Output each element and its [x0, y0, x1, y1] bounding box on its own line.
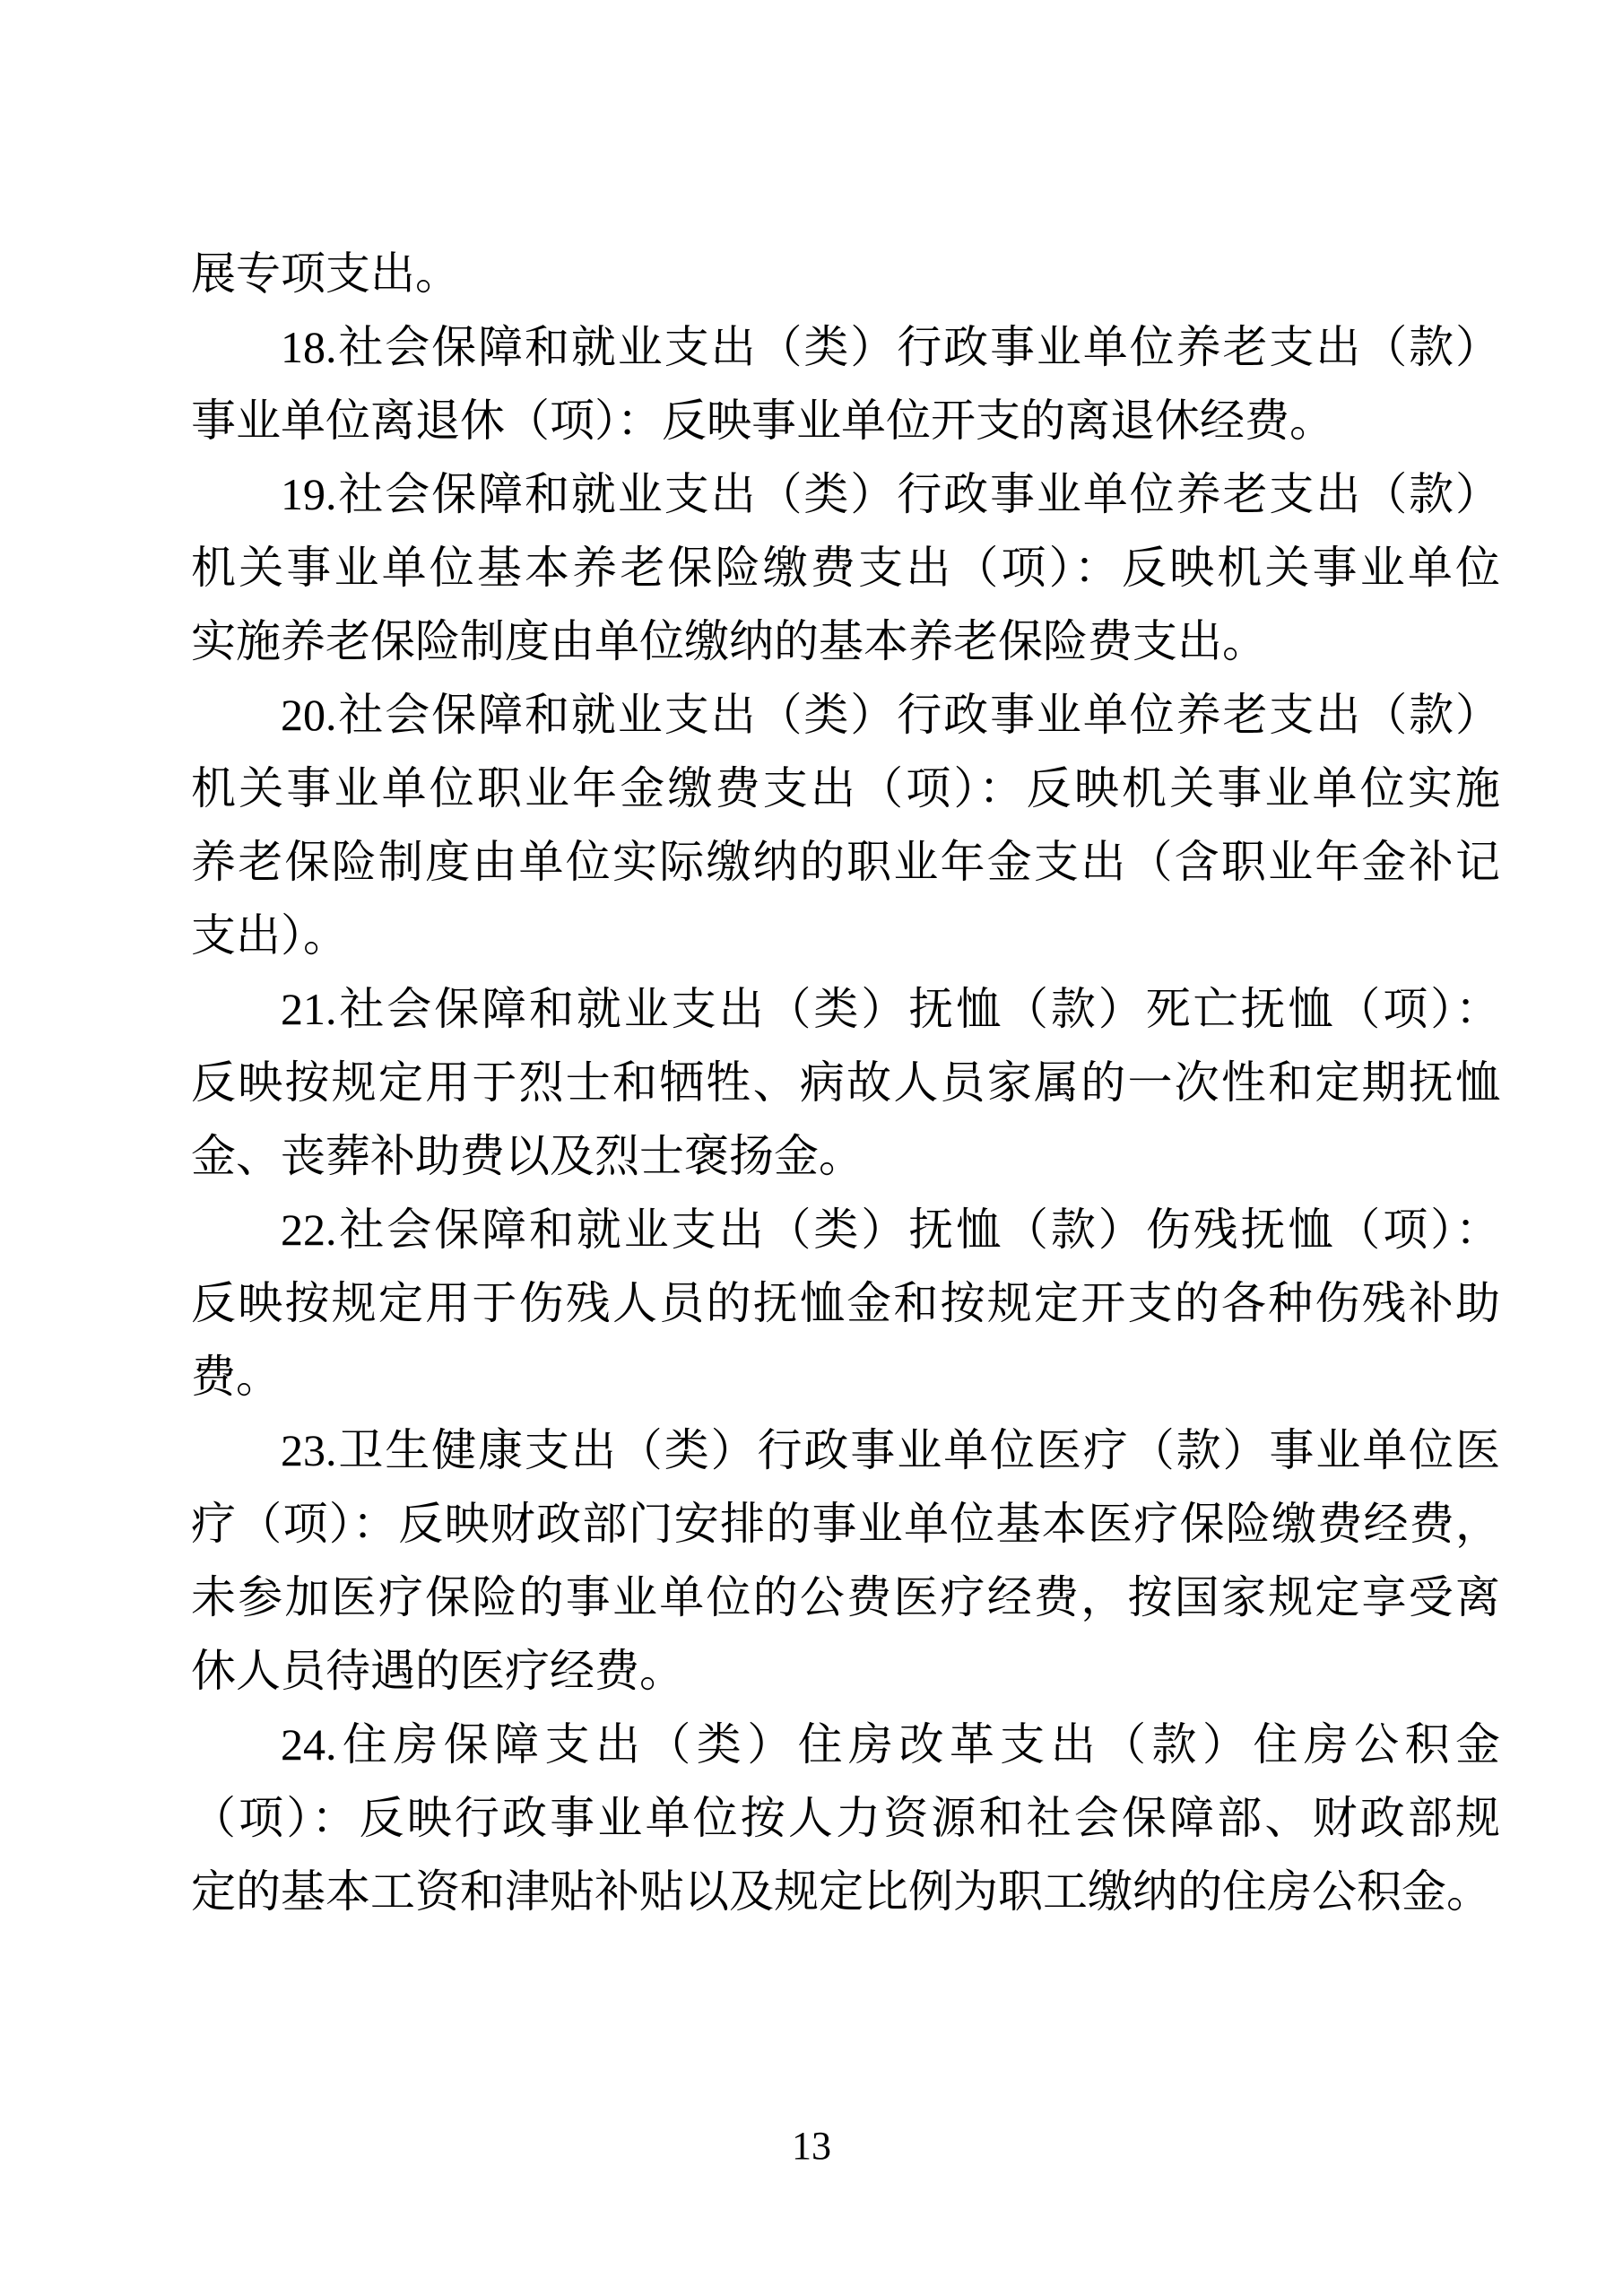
paragraph-start-line: 23.卫生健康支出（类）行政事业单位医疗（款）事业单位医 [191, 1413, 1500, 1487]
paragraph-line: 反映按规定用于伤残人员的抚恤金和按规定开支的各种伤残补助 [191, 1266, 1500, 1340]
paragraph-end-line: 事业单位离退休（项）：反映事业单位开支的离退休经费。 [191, 384, 1500, 457]
paragraph-start-line: 24.住房保障支出（类）住房改革支出（款）住房公积金 [191, 1708, 1500, 1781]
paragraph-end-line: 展专项支出。 [191, 237, 1500, 310]
paragraph-line: 机关事业单位职业年金缴费支出（项）：反映机关事业单位实施 [191, 752, 1500, 825]
paragraph-line: 机关事业单位基本养老保险缴费支出（项）：反映机关事业单位 [191, 531, 1500, 604]
document-page: 展专项支出。 18.社会保障和就业支出（类）行政事业单位养老支出（款） 事业单位… [0, 0, 1623, 2296]
paragraph-start-line: 19.社会保障和就业支出（类）行政事业单位养老支出（款） [191, 457, 1500, 531]
paragraph-end-line: 支出）。 [191, 899, 1500, 972]
paragraph-line: 反映按规定用于烈士和牺牲、病故人员家属的一次性和定期抚恤 [191, 1046, 1500, 1119]
paragraph-line: 疗（项）：反映财政部门安排的事业单位基本医疗保险缴费经费， [191, 1487, 1500, 1561]
page-number: 13 [0, 2124, 1623, 2169]
paragraph-end-line: 休人员待遇的医疗经费。 [191, 1634, 1500, 1708]
paragraph-line: 未参加医疗保险的事业单位的公费医疗经费，按国家规定享受离 [191, 1561, 1500, 1634]
paragraph-start-line: 21.社会保障和就业支出（类）抚恤（款）死亡抚恤（项）： [191, 972, 1500, 1046]
paragraph-end-line: 金、丧葬补助费以及烈士褒扬金。 [191, 1119, 1500, 1193]
paragraph-start-line: 18.社会保障和就业支出（类）行政事业单位养老支出（款） [191, 310, 1500, 384]
paragraph-line: （项）：反映行政事业单位按人力资源和社会保障部、财政部规 [191, 1781, 1500, 1855]
paragraph-line: 养老保险制度由单位实际缴纳的职业年金支出（含职业年金补记 [191, 825, 1500, 899]
paragraph-start-line: 20.社会保障和就业支出（类）行政事业单位养老支出（款） [191, 678, 1500, 752]
paragraph-end-line: 定的基本工资和津贴补贴以及规定比例为职工缴纳的住房公积金。 [191, 1855, 1500, 1928]
paragraph-end-line: 费。 [191, 1340, 1500, 1413]
paragraph-end-line: 实施养老保险制度由单位缴纳的基本养老保险费支出。 [191, 604, 1500, 678]
paragraph-start-line: 22.社会保障和就业支出（类）抚恤（款）伤残抚恤（项）： [191, 1193, 1500, 1266]
body-text: 展专项支出。 18.社会保障和就业支出（类）行政事业单位养老支出（款） 事业单位… [191, 237, 1500, 1928]
